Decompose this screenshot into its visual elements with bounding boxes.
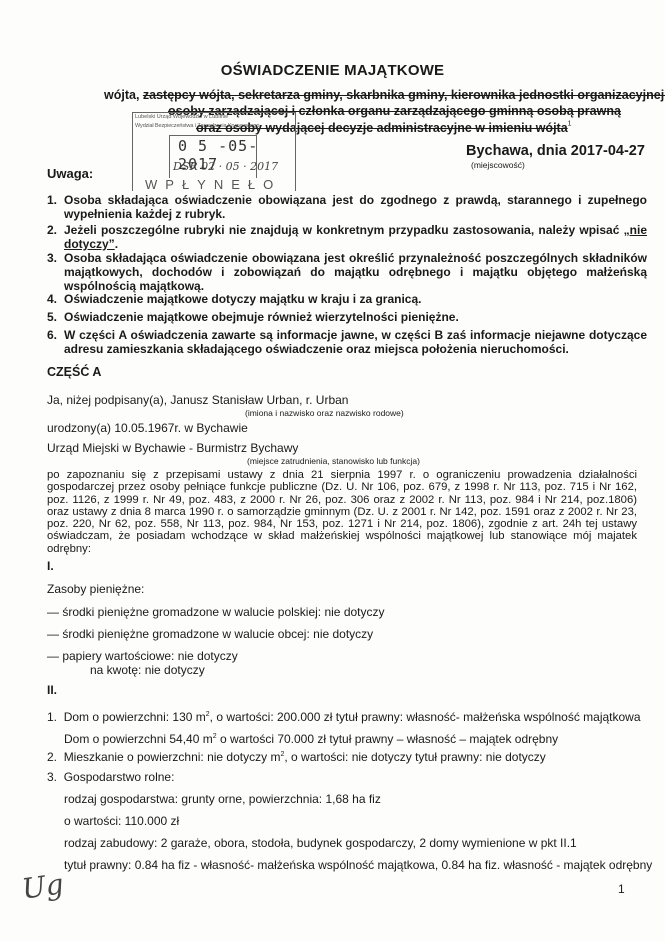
role-wojt: wójta, [104,88,143,102]
section-1-label: I. [47,559,54,573]
birth-line: urodzony(a) 10.05.1967r. w Bychawie [47,421,248,435]
declarant-caption: (imiona i nazwisko oraz nazwisko rodowe) [245,408,404,418]
cash-item: — środki pieniężne gromadzone w walucie … [47,605,385,619]
employment-line: Urząd Miejski w Bychawie - Burmistrz Byc… [47,441,298,455]
place-date: Bychawa, dnia 2017-04-27 [466,143,645,159]
farm-detail: o wartości: 110.000 zł [64,814,179,828]
securities-amount: na kwotę: nie dotyczy [90,663,205,677]
stamp-received-label: WPŁYNEŁO [145,177,281,192]
cash-item: — środki pieniężne gromadzone w walucie … [47,627,373,641]
stamp-office-line-1: Lubelski Urząd Wojewódzki w Lublinie [135,114,228,120]
struck-roles-1: zastępcy wójta, sekretarza gminy, skarbn… [143,88,665,102]
document-title: OŚWIADCZENIE MAJĄTKOWE [0,62,665,79]
role-line-1: wójta, zastępcy wójta, sekretarza gminy,… [104,88,665,102]
section-2-label: II. [47,683,57,697]
part-a-heading: CZĘŚĆ A [47,365,101,379]
note-item: 6. W części A oświadczenia zawarte są in… [47,328,647,356]
received-stamp: Lubelski Urząd Wojewódzki w Lublinie Wyd… [132,112,296,191]
farm-detail: tytuł prawny: 0.84 ha fiz - własność- ma… [64,858,652,872]
farm-detail: rodzaj zabudowy: 2 garaże, obora, stodoł… [64,836,577,850]
note-item: 4. Oświadczenie majątkowe dotyczy majątk… [47,292,647,306]
cash-item: — papiery wartościowe: nie dotyczy [47,649,238,663]
cash-resources-heading: Zasoby pieniężne: [47,582,144,596]
note-item: 1. Osoba składająca oświadczenie obowiąz… [47,193,647,221]
page-number: 1 [618,882,625,896]
footnote-mark: 1 [568,121,572,128]
property-item-2: 2. Mieszkanie o powierzchni: nie dotyczy… [47,750,546,764]
stamp-office-line-2: Wydział Bezpieczeństwa i Zarządzania Kry… [135,123,259,129]
note-item: 2. Jeżeli poszczególne rubryki nie znajd… [47,223,647,251]
notes-heading: Uwaga: [47,166,93,181]
farm-detail: rodzaj gospodarstwa: grunty orne, powier… [64,792,381,806]
note-item: 3. Osoba składająca oświadczenie obowiąz… [47,251,647,293]
property-item-3: 3. Gospodarstwo rolne: [47,770,174,784]
property-item-1b: Dom o powierzchni 54,40 m2 o wartości 70… [64,732,558,746]
property-item-1: 1. Dom o powierzchni: 130 m2, o wartości… [47,710,641,724]
signature-initials: Ug [20,867,66,905]
stamp-handwritten-note: DSR 02 · 05 · 2017 [173,160,278,173]
note-item: 5. Oświadczenie majątkowe obejmuje równi… [47,310,647,324]
declarant-line: Ja, niżej podpisany(a), Janusz Stanisław… [47,393,348,407]
employment-caption: (miejsce zatrudnienia, stanowisko lub fu… [247,456,420,466]
place-caption: (miejscowość) [471,160,525,170]
legal-basis-paragraph: po zapoznaniu się z przepisami ustawy z … [47,469,637,555]
